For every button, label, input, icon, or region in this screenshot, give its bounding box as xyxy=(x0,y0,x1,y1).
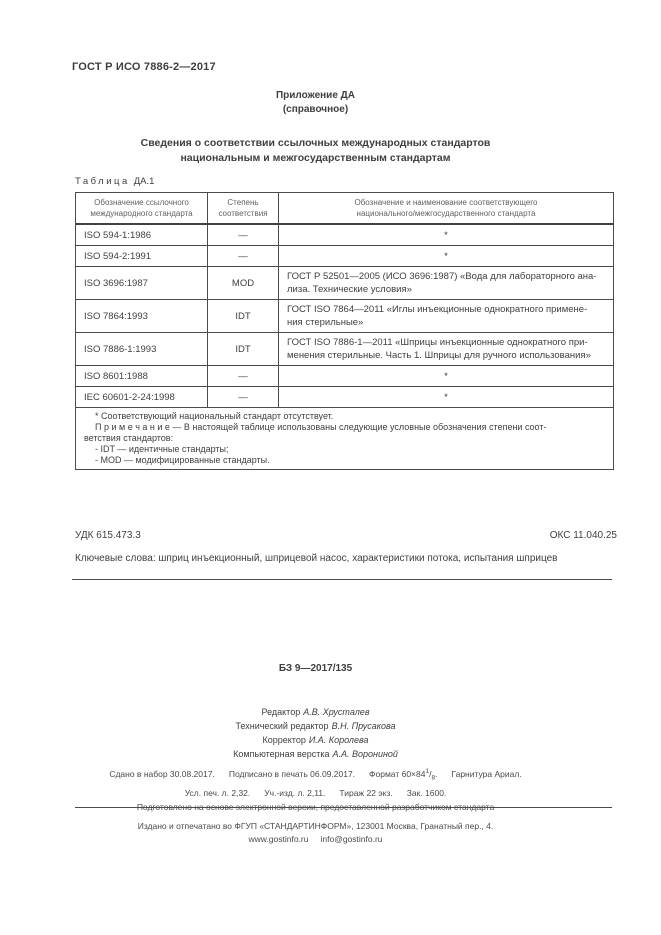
udk-code: УДК 615.473.3 xyxy=(75,530,141,541)
staff-role: Редактор xyxy=(261,707,300,717)
reference-standard-cell: ISO 8601:1988 xyxy=(76,366,208,387)
section-title: Сведения о соответствии ссылочных междун… xyxy=(0,136,631,166)
staff-role: Корректор xyxy=(263,735,306,745)
reference-standard-cell: IEC 60601-2-24:1998 xyxy=(76,387,208,408)
reference-standard-cell: ISO 3696:1987 xyxy=(76,267,208,300)
website-url: www.gostinfo.ru xyxy=(248,834,308,844)
oks-code: ОКС 11.040.25 xyxy=(550,530,617,541)
publisher-address: Издано и отпечатано во ФГУП «СТАНДАРТИНФ… xyxy=(0,820,631,833)
table-row: ISO 8601:1988 — * xyxy=(76,366,614,387)
col-header-reference-standard: Обозначение ссылочного международного ст… xyxy=(76,193,208,225)
staff-name: В.Н. Прусакова xyxy=(332,721,396,731)
staff-role: Технический редактор xyxy=(235,721,328,731)
order-number: Зак. 1600. xyxy=(407,788,447,798)
national-standard-cell: * xyxy=(279,246,614,267)
table-note-row: * Соответствующий национальный стандарт … xyxy=(76,408,614,470)
table-header-row: Обозначение ссылочного международного ст… xyxy=(76,193,614,225)
degree-cell: — xyxy=(208,387,279,408)
paper-format: Формат 60×841/8. xyxy=(369,769,437,779)
table-caption-number: ДА.1 xyxy=(134,176,155,187)
correspondence-table: Обозначение ссылочного международного ст… xyxy=(75,192,614,470)
degree-cell: — xyxy=(208,366,279,387)
reference-standard-cell: ISO 594-2:1991 xyxy=(76,246,208,267)
national-standard-cell: ГОСТ ISO 7864—2011 «Иглы инъекционные од… xyxy=(279,300,614,333)
annex-heading: Приложение ДА (справочное) xyxy=(0,89,631,117)
typeface: Гарнитура Ариал. xyxy=(451,769,521,779)
reference-standard-cell: ISO 594-1:1986 xyxy=(76,224,208,246)
publisher-contacts: www.gostinfo.ruinfo@gostinfo.ru xyxy=(0,833,631,846)
divider-rule xyxy=(75,807,612,808)
staff-line: Компьютерная версткаА.А. Ворониной xyxy=(0,747,631,761)
degree-cell: — xyxy=(208,246,279,267)
national-standard-cell: * xyxy=(279,387,614,408)
staff-credits: РедакторА.В. Хрусталев Технический редак… xyxy=(0,705,631,761)
classification-codes: УДК 615.473.3 ОКС 11.040.25 xyxy=(75,530,617,541)
table-row: IEC 60601-2-24:1998 — * xyxy=(76,387,614,408)
degree-cell: IDT xyxy=(208,333,279,366)
col-header-national-standard: Обозначение и наименование соответствующ… xyxy=(279,193,614,225)
note-line: П р и м е ч а н и е — В настоящей таблиц… xyxy=(84,422,605,433)
table-row: ISO 3696:1987 MOD ГОСТ Р 52501—2005 (ИСО… xyxy=(76,267,614,300)
table-row: ISO 7886-1:1993 IDT ГОСТ ISO 7886-1—2011… xyxy=(76,333,614,366)
staff-line: Технический редакторВ.Н. Прусакова xyxy=(0,719,631,733)
staff-line: РедакторА.В. Хрусталев xyxy=(0,705,631,719)
annex-title: Приложение ДА xyxy=(0,89,631,103)
degree-cell: MOD xyxy=(208,267,279,300)
table-note: * Соответствующий национальный стандарт … xyxy=(76,408,614,470)
reference-standard-cell: ISO 7864:1993 xyxy=(76,300,208,333)
degree-cell: — xyxy=(208,224,279,246)
reference-standard-cell: ISO 7886-1:1993 xyxy=(76,333,208,366)
divider-rule xyxy=(72,579,612,580)
document-page: ГОСТ Р ИСО 7886-2—2017 Приложение ДА (сп… xyxy=(0,0,661,935)
note-line: - MOD — модифицированные стандарты. xyxy=(84,455,605,466)
circulation: Тираж 22 экз. xyxy=(339,788,392,798)
bz-code: БЗ 9—2017/135 xyxy=(0,663,631,674)
table-row: ISO 594-2:1991 — * xyxy=(76,246,614,267)
table-caption-label: Таблица xyxy=(75,176,130,187)
set-date: Сдано в набор 30.08.2017. xyxy=(109,769,215,779)
col-header-degree: Степень соответствия xyxy=(208,193,279,225)
national-standard-cell: ГОСТ Р 52501—2005 (ИСО 3696:1987) «Вода … xyxy=(279,267,614,300)
production-line: Сдано в набор 30.08.2017.Подписано в печ… xyxy=(0,765,631,786)
keywords-line: Ключевые слова: шприц инъекционный, шпри… xyxy=(75,553,557,564)
degree-cell: IDT xyxy=(208,300,279,333)
annex-type: (справочное) xyxy=(0,103,631,117)
publisher-info: Издано и отпечатано во ФГУП «СТАНДАРТИНФ… xyxy=(0,820,631,846)
staff-name: А.В. Хрусталев xyxy=(303,707,369,717)
staff-role: Компьютерная верстка xyxy=(233,749,329,759)
production-line: Усл. печ. л. 2,32.Уч.-изд. л. 2,11.Тираж… xyxy=(0,786,631,800)
table-caption: ТаблицаДА.1 xyxy=(75,176,154,187)
staff-line: КорректорИ.А. Королева xyxy=(0,733,631,747)
national-standard-cell: * xyxy=(279,366,614,387)
pub-sheets: Уч.-изд. л. 2,11. xyxy=(264,788,325,798)
staff-name: И.А. Королева xyxy=(309,735,369,745)
email-address: info@gostinfo.ru xyxy=(320,834,382,844)
doc-number: ГОСТ Р ИСО 7886-2—2017 xyxy=(72,61,216,73)
note-line: ветствия стандартов: xyxy=(84,433,605,444)
staff-name: А.А. Ворониной xyxy=(332,749,397,759)
national-standard-cell: * xyxy=(279,224,614,246)
note-line: - IDT — идентичные стандарты; xyxy=(84,444,605,455)
national-standard-cell: ГОСТ ISO 7886-1—2011 «Шприцы инъекционны… xyxy=(279,333,614,366)
note-line: * Соответствующий национальный стандарт … xyxy=(84,411,605,422)
table-row: ISO 7864:1993 IDT ГОСТ ISO 7864—2011 «Иг… xyxy=(76,300,614,333)
table-row: ISO 594-1:1986 — * xyxy=(76,224,614,246)
print-date: Подписано в печать 06.09.2017. xyxy=(229,769,355,779)
conv-print-sheets: Усл. печ. л. 2,32. xyxy=(185,788,251,798)
